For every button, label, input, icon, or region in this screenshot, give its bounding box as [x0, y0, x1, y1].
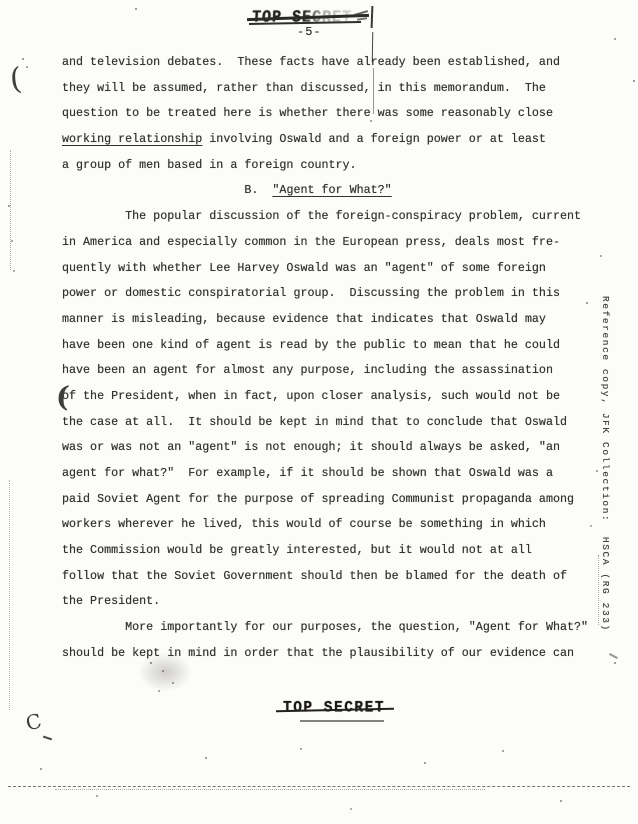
document-line: The popular discussion of the foreign-co…: [62, 204, 607, 230]
scan-noise-speckles: [0, 0, 2, 2]
handwritten-paren-mark: (: [8, 61, 23, 97]
document-line: paid Soviet Agent for the purpose of spr…: [62, 487, 607, 513]
scanned-document-page: TOP SECRET -5- and television debates. T…: [0, 0, 638, 824]
document-line: have been one kind of agent is read by t…: [62, 333, 607, 359]
handwritten-scribble-mark: [357, 17, 367, 20]
scan-artifact-mark: [609, 653, 618, 659]
document-line: quently with whether Lee Harvey Oswald w…: [62, 256, 607, 282]
handwritten-curl-mark: [43, 736, 52, 740]
scan-dotted-margin-line: [10, 150, 11, 270]
document-line: manner is misleading, because evidence t…: [62, 307, 607, 333]
document-line: working relationship involving Oswald an…: [62, 127, 607, 153]
document-line: More importantly for our purposes, the q…: [62, 615, 607, 641]
pencil-smudge-mark: [138, 652, 192, 692]
document-line: and television debates. These facts have…: [62, 50, 607, 76]
archival-reference-note: Reference copy, JFK Collection: HSCA (RG…: [600, 296, 611, 632]
document-line: was or was not an "agent" is not enough;…: [62, 435, 607, 461]
document-body: and television debates. These facts have…: [62, 50, 607, 667]
document-line: power or domestic conspiratorial group. …: [62, 281, 607, 307]
document-line: a group of men based in a foreign countr…: [62, 153, 607, 179]
document-line: B. "Agent for What?": [62, 178, 607, 204]
scan-dotted-margin-line: [598, 555, 599, 625]
page-number: -5-: [297, 25, 322, 39]
document-line: the President.: [62, 589, 607, 615]
scan-fold-dashed-line: [55, 789, 485, 790]
document-line: the case at all. It should be kept in mi…: [62, 410, 607, 436]
document-line: question to be treated here is whether t…: [62, 101, 607, 127]
document-line: workers wherever he lived, this would of…: [62, 512, 607, 538]
document-line: they will be assumed, rather than discus…: [62, 76, 607, 102]
document-line: in America and especially common in the …: [62, 230, 607, 256]
handwritten-paren-mark: (: [55, 380, 71, 414]
document-line: agent for what?" For example, if it shou…: [62, 461, 607, 487]
stamp-underline-mark: [300, 720, 384, 722]
scan-fold-dashed-line: [8, 786, 630, 787]
document-line: follow that the Soviet Government should…: [62, 564, 607, 590]
document-line: the Commission would be greatly interest…: [62, 538, 607, 564]
document-line: have been an agent for almost any purpos…: [62, 358, 607, 384]
scan-dotted-margin-line: [9, 480, 10, 710]
handwritten-vertical-stroke: [371, 6, 373, 28]
document-line: of the President, when in fact, upon clo…: [62, 384, 607, 410]
handwritten-curl-mark: C: [23, 709, 44, 736]
